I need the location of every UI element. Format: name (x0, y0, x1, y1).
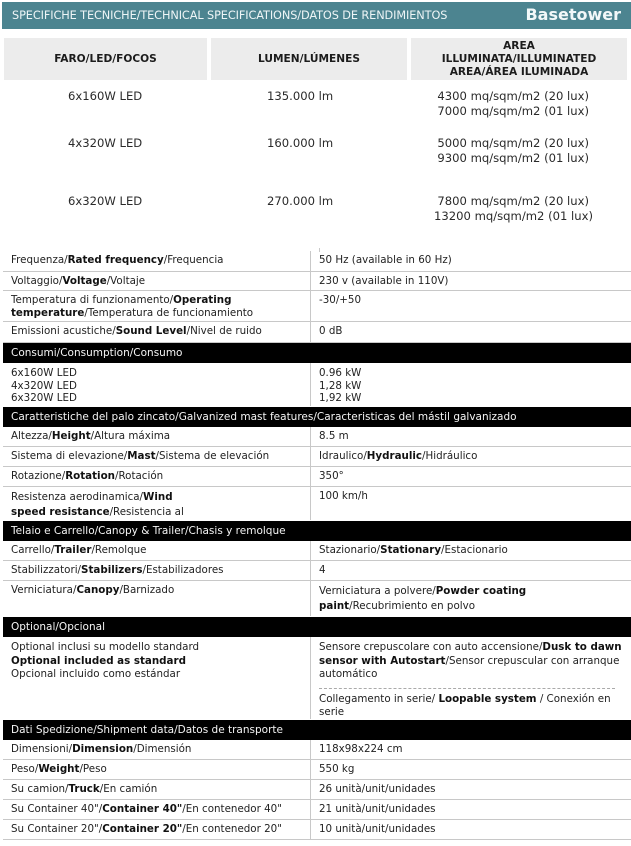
spec-label: Dimensioni/Dimension/Dimensión (3, 740, 311, 759)
spec-value: 26 unità/unit/unidades (311, 780, 631, 799)
spec-value: -30/+50 (311, 291, 631, 321)
spec-text: /En contenedor 20" (182, 823, 282, 835)
spec-text: Trailer (54, 544, 91, 556)
perf-lamp: 6x160W LED (68, 89, 142, 104)
column-header-lamp: FARO/LED/FOCOS (4, 38, 207, 80)
spec-text: /En contenedor 40" (182, 803, 282, 815)
spec-row-voltage: Voltaggio/Voltage/Voltaje 230 v (availab… (3, 272, 631, 291)
spec-text: /Barnizado (119, 584, 174, 596)
spec-text: Peso/ (11, 763, 38, 775)
spec-label: Resistenza aerodinamica/Wind speed resis… (3, 487, 311, 520)
spec-value: 50 Hz (available in 60 Hz) (311, 251, 631, 271)
spec-text: Optional inclusi su modello standard (11, 641, 310, 655)
perf-lumen: 135.000 lm (267, 89, 333, 104)
spec-text: Rotazione/ (11, 470, 65, 482)
spec-row-trailer: Carrello/Trailer/Remolque Stazionario/St… (3, 541, 631, 561)
spec-value: 100 km/h (311, 487, 631, 520)
spec-value: Stazionario/Stationary/Estacionario (311, 541, 631, 560)
spec-row-weight: Peso/Weight/Peso 550 kg (3, 760, 631, 780)
spec-text: Container 20" (102, 823, 182, 835)
spec-text: 4x320W LED (11, 380, 310, 393)
spec-text: Sensore crepuscolare con auto accensione… (319, 641, 542, 653)
area-01lux: 7000 mq/sqm/m2 (01 lux) (437, 104, 589, 119)
spec-row-rotation: Rotazione/Rotation/Rotación 350° (3, 467, 631, 487)
spec-label: Frequenza/Rated frequency/Frequencia (3, 251, 311, 271)
spec-text: /Rotación (115, 470, 163, 482)
spec-text: 1,92 kW (319, 392, 631, 405)
column-header-area: AREA ILLUMINATA/ILLUMINATED AREA/ÁREA IL… (411, 38, 627, 80)
spec-text: Sistema di elevazione/ (11, 450, 127, 462)
spec-text: Voltage (62, 275, 106, 287)
spec-text: Su camion/ (11, 783, 69, 795)
spec-text: Rotation (65, 470, 115, 482)
spec-label: Altezza/Height/Altura máxima (3, 427, 311, 446)
spec-label: Carrello/Trailer/Remolque (3, 541, 311, 560)
spec-text: Resistenza aerodinamica/ (11, 491, 143, 503)
perf-area: 5000 mq/sqm/m2 (20 lux) 9300 mq/sqm/m2 (… (437, 136, 589, 166)
spec-text: 1,28 kW (319, 380, 631, 393)
spec-text: /Frequencia (164, 254, 224, 266)
perf-lamp: 4x320W LED (68, 136, 142, 151)
perf-area: 4300 mq/sqm/m2 (20 lux) 7000 mq/sqm/m2 (… (437, 89, 589, 119)
spec-label: Su Container 40"/Container 40"/En conten… (3, 800, 311, 819)
spec-text: Mast (127, 450, 155, 462)
spec-label: Peso/Weight/Peso (3, 760, 311, 779)
spec-text: Sound Level (116, 325, 187, 337)
spec-value: 10 unità/unit/unidades (311, 820, 631, 839)
spec-text: Stabilizzatori/ (11, 564, 81, 576)
spec-text: Loopable system (438, 693, 536, 705)
spec-text: /Hidráulico (422, 450, 477, 462)
spec-label: Voltaggio/Voltage/Voltaje (3, 272, 311, 290)
spec-row-temperature: Temperatura di funzionamento/Operating t… (3, 291, 631, 322)
section-consumption: Consumi/Consumption/Consumo (3, 343, 631, 363)
spec-text: Optional included as standard (11, 655, 310, 669)
spec-row-dimension: Dimensioni/Dimension/Dimensión 118x98x22… (3, 740, 631, 760)
spec-text: Carrello/ (11, 544, 54, 556)
spec-text: Stationary (380, 544, 441, 556)
section-shipment: Dati Spedizione/Shipment data/Datos de t… (3, 720, 631, 740)
spec-text: Voltaggio/ (11, 275, 62, 287)
spec-text: /Altura máxima (91, 430, 170, 442)
spec-value: 4 (311, 561, 631, 580)
spec-value: Idraulico/Hydraulic/Hidráulico (311, 447, 631, 466)
spec-value: 0.96 kW 1,28 kW 1,92 kW (311, 363, 631, 406)
spec-label: Stabilizzatori/Stabilizers/Estabilizador… (3, 561, 311, 580)
section-trailer: Telaio e Carrello/Canopy & Trailer/Chasi… (3, 521, 631, 541)
spec-text: Sensore crepuscolare con auto accensione… (319, 641, 625, 682)
spec-text: /Estacionario (441, 544, 508, 556)
spec-label: Verniciatura/Canopy/Barnizado (3, 581, 311, 616)
spec-text: /Recubrimiento en polvo (349, 600, 475, 612)
spec-text: Weight (38, 763, 79, 775)
brand-logo: Basetower (525, 5, 621, 24)
spec-text: 0.96 kW (319, 367, 631, 380)
spec-label: Sistema di elevazione/Mast/Sistema de el… (3, 447, 311, 466)
area-20lux: 7800 mq/sqm/m2 (20 lux) (434, 194, 593, 209)
spec-value: 21 unità/unit/unidades (311, 800, 631, 819)
spec-text: Stazionario/ (319, 544, 380, 556)
spec-label: Optional inclusi su modello standard Opt… (3, 637, 311, 719)
spec-label: Rotazione/Rotation/Rotación (3, 467, 311, 486)
spec-text: Su Container 40"/ (11, 803, 102, 815)
spec-text: Opcional incluido como estándar (11, 668, 310, 682)
spec-text: Altezza/ (11, 430, 52, 442)
spec-text: /Estabilizadores (142, 564, 223, 576)
column-header-lumen: LUMEN/LÚMENES (211, 38, 407, 80)
area-01lux: 13200 mq/sqm/m2 (01 lux) (434, 209, 593, 224)
spec-text: Idraulico/ (319, 450, 367, 462)
spec-row-stabilizers: Stabilizzatori/Stabilizers/Estabilizador… (3, 561, 631, 581)
spec-value: 550 kg (311, 760, 631, 779)
spec-label: Su Container 20"/Container 20"/En conten… (3, 820, 311, 839)
spec-text: Hydraulic (367, 450, 422, 462)
area-20lux: 5000 mq/sqm/m2 (20 lux) (437, 136, 589, 151)
spec-row-optional: Optional inclusi su modello standard Opt… (3, 637, 631, 719)
spec-text: Dimension (72, 743, 133, 755)
spec-row-container40: Su Container 40"/Container 40"/En conten… (3, 800, 631, 820)
spec-value: 350° (311, 467, 631, 486)
spec-text: Dimensioni/ (11, 743, 72, 755)
spec-row-wind: Resistenza aerodinamica/Wind speed resis… (3, 487, 631, 520)
spec-text: /Temperatura de funcionamiento (84, 307, 253, 319)
spec-row-height: Altezza/Height/Altura máxima 8.5 m (3, 427, 631, 447)
spec-text: Su Container 20"/ (11, 823, 102, 835)
spec-text: Rated frequency (68, 254, 164, 266)
area-20lux: 4300 mq/sqm/m2 (20 lux) (437, 89, 589, 104)
spec-label: Emissioni acustiche/Sound Level/Nivel de… (3, 322, 311, 342)
spec-row-frequency: Frequenza/Rated frequency/Frequencia 50 … (3, 251, 631, 272)
spec-text: Collegamento in serie/ (319, 693, 438, 705)
spec-text: Verniciatura/ (11, 584, 76, 596)
spec-value: Sensore crepuscolare con auto accensione… (311, 637, 631, 719)
spec-text: Optional included as standard (11, 655, 186, 667)
spec-text: /Peso (79, 763, 106, 775)
spec-value: 0 dB (311, 322, 631, 342)
spec-label: Su camion/Truck/En camión (3, 780, 311, 799)
spec-text: Stabilizers (81, 564, 142, 576)
section-mast: Caratteristiche del palo zincato/Galvani… (3, 407, 631, 427)
spec-text: Canopy (76, 584, 119, 596)
spec-text: /Nivel de ruido (187, 325, 262, 337)
spec-text: /Sistema de elevación (156, 450, 270, 462)
perf-lumen: 270.000 lm (267, 194, 333, 209)
page-title: SPECIFICHE TECNICHE/TECHNICAL SPECIFICAT… (2, 9, 447, 22)
spec-row-truck: Su camion/Truck/En camión 26 unità/unit/… (3, 780, 631, 800)
perf-lamp: 6x320W LED (68, 194, 142, 209)
spec-text: 6x320W LED (11, 392, 310, 405)
spec-text: /Dimensión (133, 743, 191, 755)
spec-row-canopy: Verniciatura/Canopy/Barnizado Verniciatu… (3, 581, 631, 616)
area-01lux: 9300 mq/sqm/m2 (01 lux) (437, 151, 589, 166)
section-optional: Optional/Opcional (3, 617, 631, 637)
spec-text: /Remolque (91, 544, 146, 556)
spec-text: /En camión (100, 783, 157, 795)
dashed-separator (319, 688, 615, 689)
spec-text: Container 40" (102, 803, 182, 815)
spec-text: /Voltaje (107, 275, 145, 287)
spec-text: 6x160W LED (11, 367, 310, 380)
spec-row-consumption: 6x160W LED 4x320W LED 6x320W LED 0.96 kW… (3, 363, 631, 406)
spec-value: 230 v (available in 110V) (311, 272, 631, 290)
spec-value: 118x98x224 cm (311, 740, 631, 759)
spec-text: Height (52, 430, 91, 442)
perf-area: 7800 mq/sqm/m2 (20 lux) 13200 mq/sqm/m2 … (434, 194, 593, 224)
spec-label: 6x160W LED 4x320W LED 6x320W LED (3, 363, 311, 406)
spec-text: Frequenza/ (11, 254, 68, 266)
spec-row-sound: Emissioni acustiche/Sound Level/Nivel de… (3, 322, 631, 343)
spec-row-mast: Sistema di elevazione/Mast/Sistema de el… (3, 447, 631, 467)
spec-text: Collegamento in serie/ Loopable system /… (319, 693, 625, 720)
spec-value: 8.5 m (311, 427, 631, 446)
spec-text: Temperatura di funzionamento/ (11, 294, 173, 306)
spec-label: Temperatura di funzionamento/Operating t… (3, 291, 311, 321)
spec-value: Verniciatura a polvere/Powder coating pa… (311, 581, 631, 616)
spec-text: Verniciatura a polvere/ (319, 585, 436, 597)
spec-row-container20: Su Container 20"/Container 20"/En conten… (3, 820, 631, 840)
perf-lumen: 160.000 lm (267, 136, 333, 151)
spec-text: Emissioni acustiche/ (11, 325, 116, 337)
spec-text: Truck (69, 783, 100, 795)
title-bar: SPECIFICHE TECNICHE/TECHNICAL SPECIFICAT… (2, 2, 631, 29)
